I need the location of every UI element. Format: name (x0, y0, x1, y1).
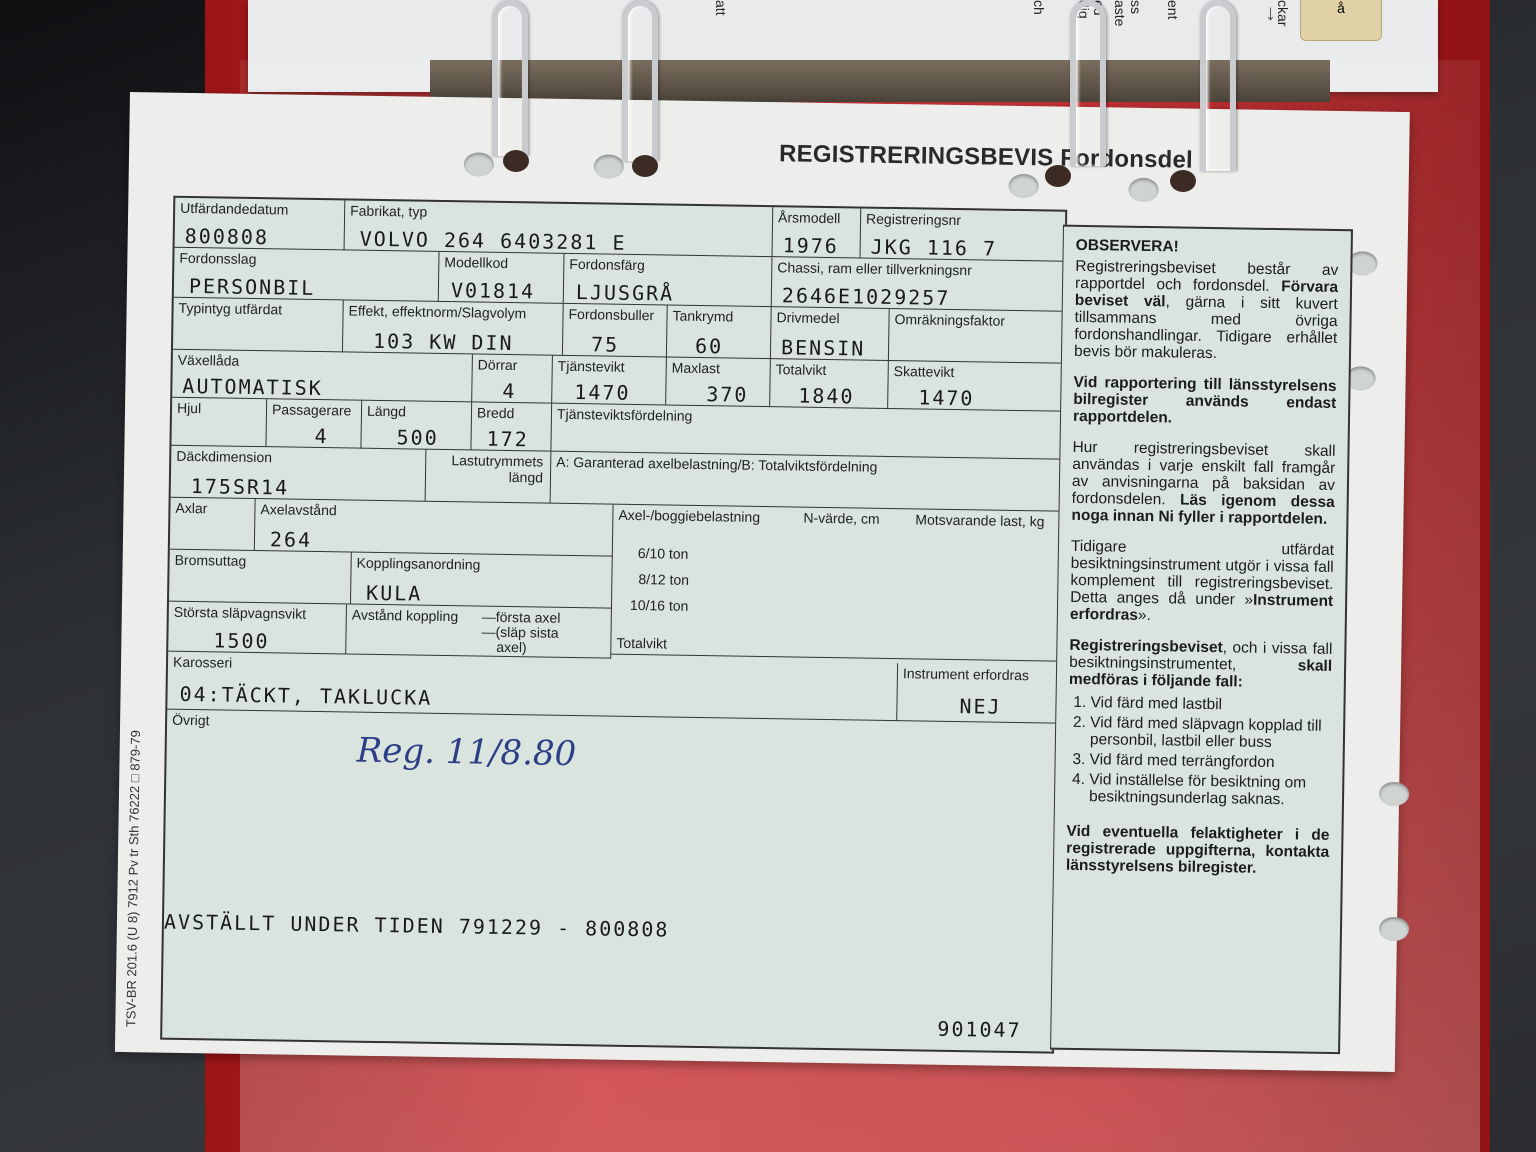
field-label: Övrigt (172, 712, 210, 729)
field-label: Fordonsbuller (568, 306, 654, 323)
axle-col-header: Axel-/boggiebelastning (618, 507, 760, 525)
field-label: Dörrar (478, 356, 518, 373)
field-value: 103 KW DIN (373, 329, 514, 355)
axle-row: 8/12 ton (638, 571, 689, 588)
field-value: 2646E1029257 (782, 283, 951, 310)
field-chassi: Chassi, ram eller tillverkningsnr 2646E1… (772, 257, 1065, 312)
axle-col-header: Motsvarande last, kg (915, 511, 1044, 529)
field-tjanstevikts-fordelning: Tjänsteviktsfördelning (551, 404, 1062, 460)
vehicle-data-form: Utfärdandedatum 800808 Fabrikat, typ VOL… (160, 196, 1067, 1054)
notice-heading: OBSERVERA! (1076, 237, 1179, 256)
field-label: Däckdimension (176, 448, 272, 466)
notice-paragraph: Registreringsbeviset består av rapportde… (1074, 258, 1339, 364)
upper-fragment: aste (1112, 0, 1128, 26)
field-dackdimension: Däckdimension 175SR14 (171, 446, 427, 502)
field-value: BENSIN (781, 335, 866, 360)
field-axelavstand: Axelavstånd 264 (255, 499, 614, 557)
field-registreringsnr: Registreringsnr JKG 116 7 (860, 209, 1065, 262)
field-label: Hjul (177, 400, 201, 416)
field-value: 800808 (185, 224, 270, 249)
notice-text: Vid rapportering till länsstyrelsens bil… (1073, 374, 1337, 427)
field-passagerare: Passagerare 4 (266, 399, 362, 448)
binder-ring-foot (1045, 165, 1071, 187)
notice-text: Vid eventuella felaktigheter i de regist… (1066, 823, 1330, 877)
upper-fragment: ss (1128, 0, 1144, 14)
field-label: Största släpvagnsvikt (174, 604, 307, 622)
field-value: PERSONBIL (189, 274, 316, 300)
field-label: Längd (367, 403, 406, 420)
punch-hole (1128, 178, 1158, 202)
field-value: 60 (695, 334, 723, 358)
notice-list-item: Vid färd med terrängfordon (1089, 751, 1330, 772)
field-label: Axelavstånd (260, 501, 337, 518)
certificate-title: REGISTRERINGSBEVIS Fordonsdel (779, 140, 1193, 174)
field-tjanstevikt: Tjänstevikt 1470 (552, 356, 667, 406)
field-label: axel) (496, 639, 527, 655)
field-value: LJUSGRÅ (576, 280, 675, 306)
field-fordonsslag: Fordonsslag PERSONBIL (174, 248, 440, 302)
field-value: 175SR14 (191, 474, 290, 500)
axle-load-table: Axel-/boggiebelastning N-värde, cm Motsv… (611, 505, 1060, 662)
handwritten-note: Reg. 11/8.80 (356, 731, 576, 774)
field-label: Totalvikt (776, 361, 827, 378)
field-label: Instrument erfordras (903, 665, 1029, 683)
field-value: 500 (396, 425, 438, 450)
binder-ring-foot (503, 150, 529, 172)
field-value: 4 (314, 424, 328, 448)
axle-row: 10/16 ton (630, 597, 689, 614)
field-avstand-koppling: Avstånd koppling —första axel —(släp sis… (346, 604, 612, 658)
field-label: Fordonsslag (179, 250, 256, 267)
field-label: A: Garanterad axelbelastning/B: Totalvik… (556, 454, 877, 475)
axle-row: 6/10 ton (638, 545, 689, 562)
field-value: AUTOMATISK (182, 374, 323, 400)
field-label: Tankrymd (672, 308, 733, 325)
field-fordonsbuller: Fordonsbuller 75 (563, 304, 668, 358)
field-maxlast: Maxlast 370 (666, 357, 771, 407)
field-label: Växellåda (178, 352, 240, 369)
field-value: 1976 (782, 233, 839, 258)
notice-text: ». (1138, 607, 1151, 624)
field-value: NEJ (959, 694, 1001, 719)
field-label: Axlar (175, 500, 207, 516)
field-modellkod: Modellkod V01814 (439, 252, 565, 304)
field-langd: Längd 500 (361, 401, 472, 451)
field-label: Årsmodell (778, 209, 840, 226)
field-value: 264 (270, 527, 312, 552)
field-label: Karosseri (173, 654, 232, 671)
field-value: JKG 116 7 (870, 235, 997, 261)
field-lastutrymmets-langd: Lastutrymmets längd (426, 450, 552, 504)
field-value: V01814 (451, 278, 536, 303)
field-label: Kopplingsanordning (357, 555, 481, 573)
field-label: Fabrikat, typ (350, 202, 427, 219)
field-label: Avstånd koppling (352, 607, 459, 625)
field-value: 1840 (798, 384, 855, 409)
punch-hole (1379, 917, 1409, 941)
field-vaxellada: Växellåda AUTOMATISK (172, 350, 473, 403)
notice-list-item: Vid färd med släpvagn kopplad till perso… (1090, 714, 1332, 752)
field-dorrar: Dörrar 4 (472, 354, 553, 403)
field-label: Bromsuttag (175, 552, 247, 569)
field-axlar: Axlar (170, 498, 256, 551)
notice-list: Vid färd med lastbil Vid färd med släpva… (1067, 694, 1332, 809)
field-value: KULA (366, 581, 423, 606)
binder-ring (492, 0, 528, 156)
field-value: 75 (591, 332, 619, 356)
serial-number: 901047 (937, 1017, 1022, 1042)
binder-ring-foot (1170, 170, 1196, 192)
field-label: Lastutrymmets längd (431, 452, 543, 486)
field-axelbelastning-fordelning: A: Garanterad axelbelastning/B: Totalvik… (551, 452, 1062, 512)
field-ovrigt: Övrigt Reg. 11/8.80 AVSTÄLLT UNDER TIDEN… (162, 710, 1057, 1050)
field-label: Effekt, effektnorm/Slagvolym (348, 302, 526, 321)
axle-col-header: N-värde, cm (803, 510, 879, 527)
punch-hole (1008, 174, 1038, 198)
field-skattevikt: Skattevikt 1470 (888, 361, 1063, 412)
field-omrakningsfaktor: Omräkningsfaktor (889, 309, 1064, 364)
field-arsmodell: Årsmodell 1976 (772, 207, 861, 258)
field-label: Typintyg utfärdat (178, 300, 282, 318)
registration-certificate: REGISTRERINGSBEVIS Fordonsdel TSV-BR 201… (115, 92, 1410, 1072)
field-utfardandedatum: Utfärdandedatum 800808 (175, 198, 346, 251)
upper-fragment: att (713, 0, 729, 16)
notice-paragraph: Registreringsbeviset, och i vissa fall b… (1069, 637, 1333, 692)
field-value: 4 (502, 379, 516, 403)
upper-tab-label: å (1337, 0, 1345, 16)
field-value: 370 (706, 382, 748, 407)
field-effekt: Effekt, effektnorm/Slagvolym 103 KW DIN (343, 300, 564, 355)
field-tankrymd: Tankrymd 60 (667, 305, 772, 359)
field-totalvikt: Totalvikt 1840 (770, 359, 889, 409)
field-bromsuttag: Bromsuttag (169, 550, 352, 605)
punch-hole (464, 152, 494, 176)
upper-fragment: ent (1165, 0, 1181, 19)
field-label: Bredd (477, 404, 515, 421)
field-label: Omräkningsfaktor (894, 311, 1005, 329)
field-value: 04:TÄCKT, TAKLUCKA (179, 682, 432, 710)
field-drivmedel: Drivmedel BENSIN (771, 307, 890, 361)
field-hjul: Hjul (171, 398, 267, 447)
field-label: Registreringsnr (866, 211, 961, 228)
binder-ring-foot (632, 155, 658, 177)
notice-list-item: Vid färd med lastbil (1090, 694, 1331, 715)
notice-paragraph: Tidigare utfärdat besiktningsinstrument … (1070, 538, 1334, 627)
deregistration-note: AVSTÄLLT UNDER TIDEN 791229 - 800808 (164, 910, 670, 942)
binder-ring (622, 0, 658, 161)
field-label: Chassi, ram eller tillverkningsnr (777, 259, 972, 278)
field-label: Fordonsfärg (569, 256, 645, 273)
field-label: Modellkod (444, 254, 508, 271)
upper-tab: å (1300, 0, 1382, 41)
field-typintyg: Typintyg utfärdat (173, 298, 344, 353)
field-label: Skattevikt (894, 363, 955, 380)
field-label: Maxlast (672, 360, 720, 377)
field-label: Utfärdandedatum (180, 200, 288, 218)
upper-fragment: ckar (1275, 0, 1291, 26)
notice-paragraph: Vid eventuella felaktigheter i de regist… (1066, 823, 1330, 878)
field-value: 1500 (213, 628, 270, 653)
binder-ring (1200, 0, 1236, 171)
field-label: Passagerare (272, 401, 352, 418)
binder-ring (1070, 0, 1106, 166)
axle-total-label: Totalvikt (616, 635, 667, 652)
notice-panel: OBSERVERA! Registreringsbeviset består a… (1050, 225, 1353, 1054)
field-bredd: Bredd 172 (471, 402, 552, 451)
field-value: 172 (486, 427, 528, 452)
field-value: 1470 (574, 380, 631, 405)
field-fordonsfarg: Fordonsfärg LJUSGRÅ (564, 254, 773, 307)
punch-hole (594, 154, 624, 178)
notice-list-item: Vid inställelse för besiktning om besikt… (1089, 771, 1331, 809)
notice-paragraph: Vid rapportering till länsstyrelsens bil… (1073, 374, 1337, 429)
field-storsta-slapvagnsvikt: Största släpvagnsvikt 1500 (168, 602, 347, 655)
upper-fragment: ch (1031, 0, 1047, 15)
field-value: 1470 (918, 385, 975, 410)
form-print-code: TSV-BR 201.6 (U 8) 7912 Pv tr Sth 76222 … (123, 730, 143, 1027)
field-label: Tjänstevikt (558, 358, 625, 375)
punch-hole (1379, 782, 1409, 806)
field-kopplingsanordning: Kopplingsanordning KULA (351, 553, 613, 609)
notice-paragraph: Hur registreringsbeviset skall användas … (1071, 439, 1335, 528)
field-label: Drivmedel (776, 309, 839, 326)
down-arrow-icon: ↓ (1265, 0, 1276, 26)
field-instrument-erfordras: Instrument erfordras NEJ (897, 663, 1058, 724)
field-label: Tjänsteviktsfördelning (557, 406, 693, 424)
field-fabrikat-typ: Fabrikat, typ VOLVO 264 6403281 E (345, 200, 774, 257)
